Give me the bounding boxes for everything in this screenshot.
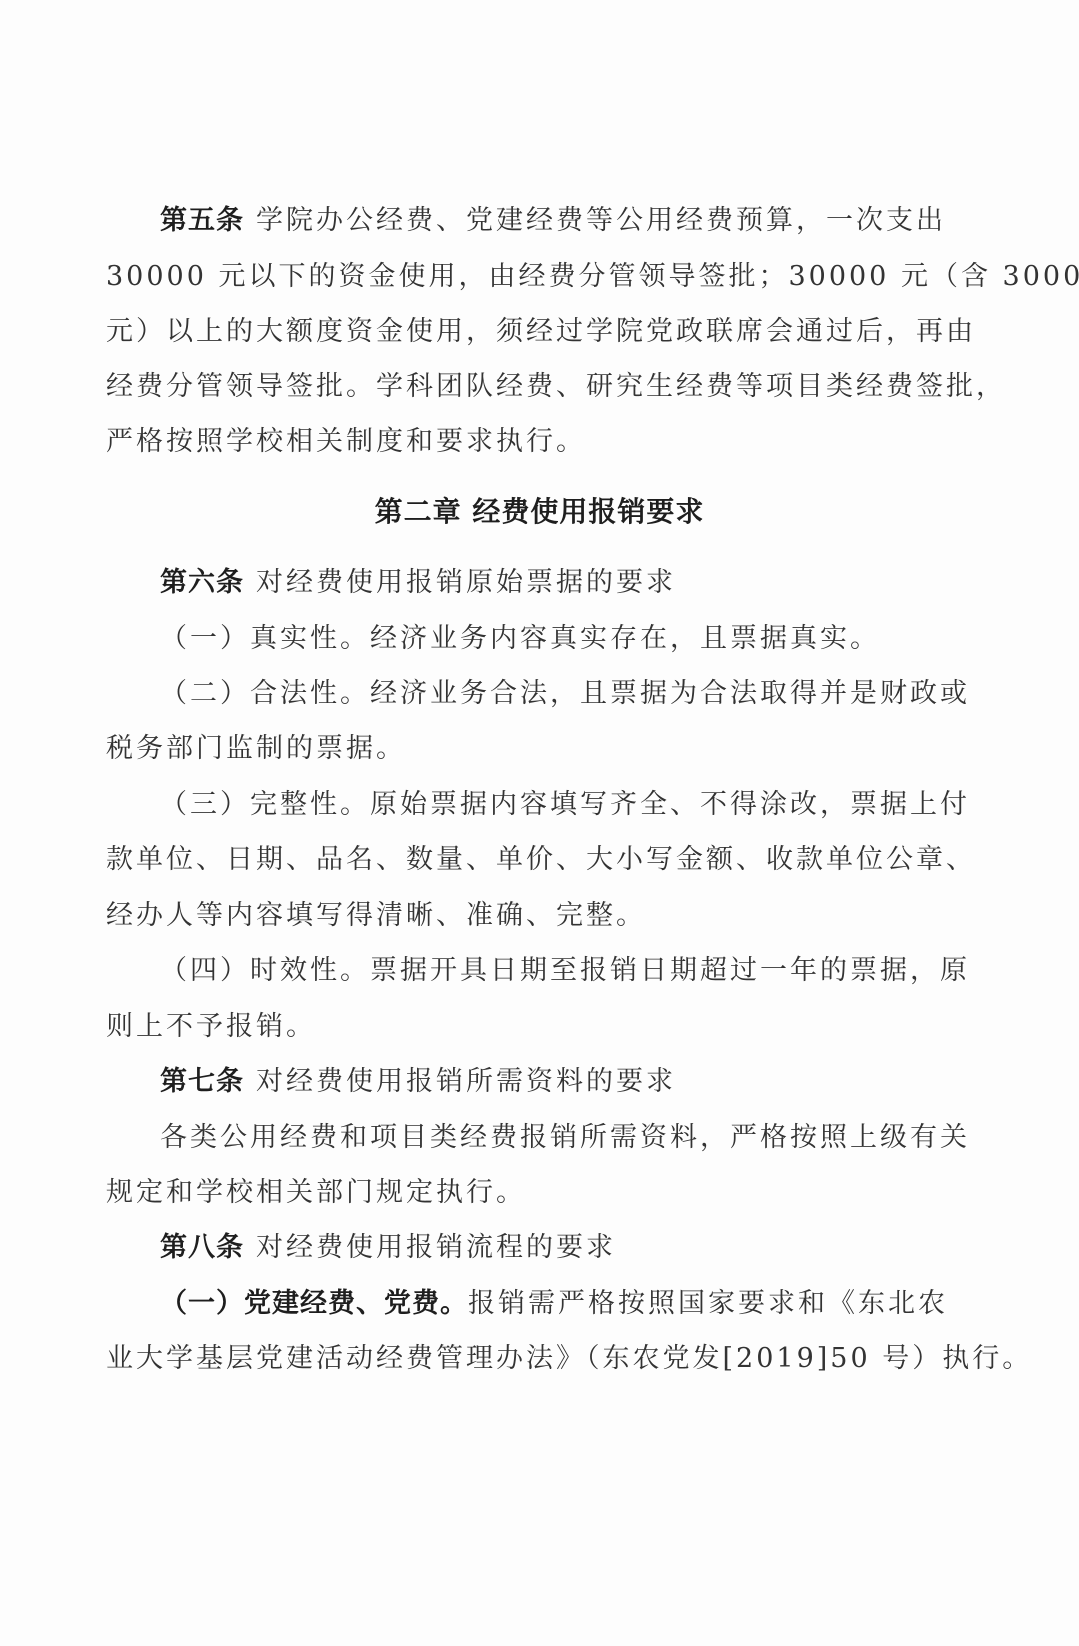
article-6-item-1-line-1: （一）真实性。经济业务内容真实存在，且票据真实。 bbox=[160, 622, 936, 656]
article-6-item-3-line-1: （三）完整性。原始票据内容填写齐全、不得涂改，票据上付 bbox=[160, 788, 936, 822]
article-5-line-5: 严格按照学校相关制度和要求执行。 bbox=[106, 425, 936, 459]
article-8-title: 对经费使用报销流程的要求 bbox=[256, 1232, 616, 1263]
article-6-item-2-line-2: 税务部门监制的票据。 bbox=[106, 732, 936, 766]
article-5-line-2: 30000 元以下的资金使用，由经费分管领导签批；30000 元（含 30000 bbox=[106, 260, 936, 294]
article-6-item-3-line-2: 款单位、日期、品名、数量、单价、大小写金额、收款单位公章、 bbox=[106, 843, 936, 877]
article-8-item-1-bold-lead: （一）党建经费、党费。 bbox=[160, 1288, 468, 1319]
chapter-heading: 第二章 经费使用报销要求 bbox=[0, 494, 1079, 530]
article-8-item-1-text: 报销需严格按照国家要求和《东北农 bbox=[468, 1288, 948, 1319]
article-5-label: 第五条 bbox=[160, 205, 244, 236]
article-8-heading: 第八条对经费使用报销流程的要求 bbox=[160, 1231, 936, 1265]
article-8-item-1-line-1: （一）党建经费、党费。报销需严格按照国家要求和《东北农 bbox=[160, 1287, 936, 1321]
article-5-line-1: 第五条学院办公经费、党建经费等公用经费预算，一次支出 bbox=[160, 204, 936, 238]
article-6-title: 对经费使用报销原始票据的要求 bbox=[256, 567, 676, 598]
document-page: 第五条学院办公经费、党建经费等公用经费预算，一次支出 30000 元以下的资金使… bbox=[0, 0, 1079, 1646]
article-6-heading: 第六条对经费使用报销原始票据的要求 bbox=[160, 566, 936, 600]
article-6-item-4-line-1: （四）时效性。票据开具日期至报销日期超过一年的票据，原 bbox=[160, 954, 936, 988]
article-6-item-2-line-1: （二）合法性。经济业务合法，且票据为合法取得并是财政或 bbox=[160, 677, 936, 711]
article-8-item-1-line-2: 业大学基层党建活动经费管理办法》（东农党发[2019]50 号）执行。 bbox=[106, 1342, 936, 1376]
article-6-item-3-line-3: 经办人等内容填写得清晰、准确、完整。 bbox=[106, 899, 936, 933]
article-5-line-3: 元）以上的大额度资金使用，须经过学院党政联席会通过后，再由 bbox=[106, 315, 936, 349]
article-6-item-4-line-2: 则上不予报销。 bbox=[106, 1010, 936, 1044]
article-7-title: 对经费使用报销所需资料的要求 bbox=[256, 1066, 676, 1097]
article-5-line-4: 经费分管领导签批。学科团队经费、研究生经费等项目类经费签批， bbox=[106, 370, 936, 404]
article-8-label: 第八条 bbox=[160, 1232, 244, 1263]
article-7-line-1: 各类公用经费和项目类经费报销所需资料，严格按照上级有关 bbox=[160, 1121, 936, 1155]
article-6-label: 第六条 bbox=[160, 567, 244, 598]
article-5-text: 学院办公经费、党建经费等公用经费预算，一次支出 bbox=[256, 205, 946, 236]
article-7-label: 第七条 bbox=[160, 1066, 244, 1097]
article-7-heading: 第七条对经费使用报销所需资料的要求 bbox=[160, 1065, 936, 1099]
article-7-line-2: 规定和学校相关部门规定执行。 bbox=[106, 1176, 936, 1210]
